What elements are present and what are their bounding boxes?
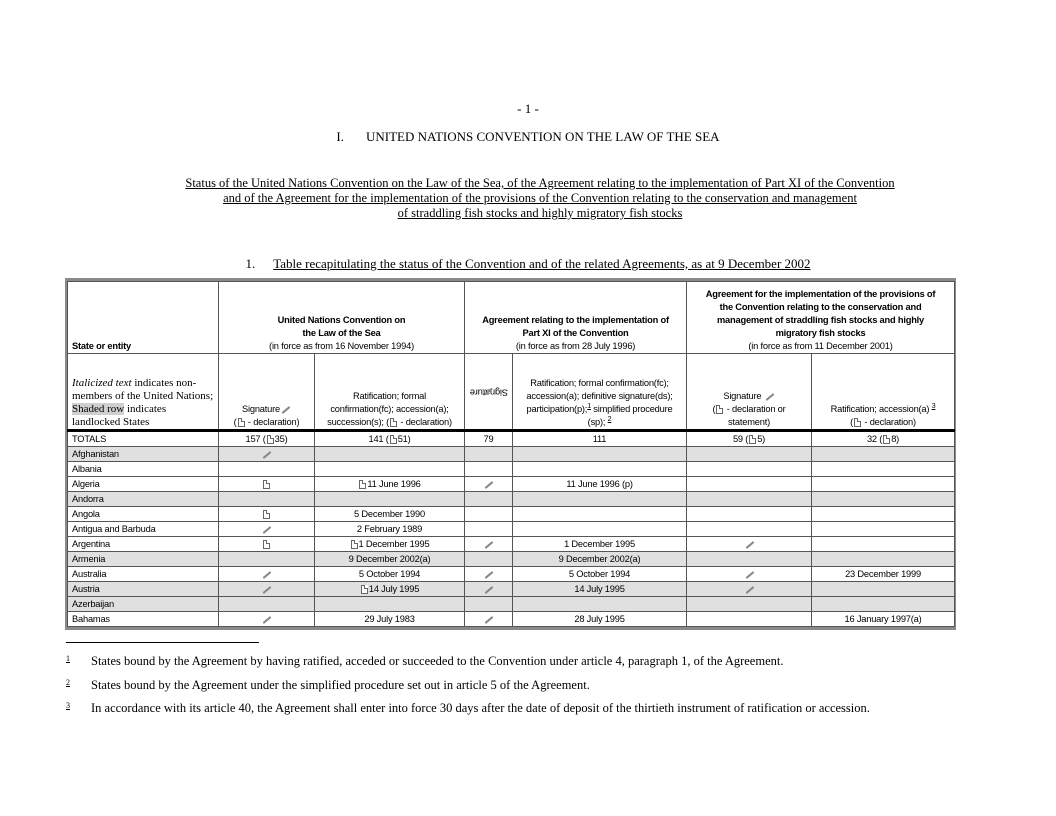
fish-ratification-cell	[812, 582, 955, 597]
footnote-text: States bound by the Agreement by having …	[91, 654, 783, 668]
document-icon	[749, 435, 756, 444]
footnote-text: States bound by the Agreement under the …	[91, 678, 590, 692]
document-icon	[267, 435, 274, 444]
page-number: - 1 -	[0, 101, 1056, 117]
table-row: Albania	[68, 462, 955, 477]
unclos-title-1: United Nations Convention on	[278, 315, 406, 325]
footnote-1: 1States bound by the Agreement by having…	[66, 654, 783, 669]
fish-signature-cell	[687, 477, 812, 492]
footnote-3: 3In accordance with its article 40, the …	[66, 701, 870, 716]
fish-rat-label: Ratification; accession(a)	[831, 404, 932, 414]
unclos-ratification-cell: 14 July 1995	[315, 582, 465, 597]
fish-title-4: migratory fish stocks	[776, 328, 866, 338]
fish-signature-l2: - declaration or	[724, 404, 785, 414]
fish-signature-cell	[687, 582, 812, 597]
document-icon	[351, 540, 358, 549]
ratification-date: 1 December 1995	[359, 539, 430, 549]
table-row: Bahamas29 July 198328 July 199516 Januar…	[68, 612, 955, 627]
part-xi-signature-cell	[465, 522, 513, 537]
table-row: Argentina1 December 19951 December 1995	[68, 537, 955, 552]
part-xi-signature-cell	[465, 552, 513, 567]
unclos-ratification-cell: 9 December 2002(a)	[315, 552, 465, 567]
part-xi-signature-header: Signature	[465, 354, 513, 431]
table-row: Andorra	[68, 492, 955, 507]
totals-unclos-sig: 157 (35)	[219, 431, 315, 447]
fish-title-2: the Convention relating to the conservat…	[720, 302, 922, 312]
document-icon	[883, 435, 890, 444]
table-row: Afghanistan	[68, 447, 955, 462]
totals-row: TOTALS 157 (35) 141 (51) 79 111 59 (5) 3…	[68, 431, 955, 447]
fish-in-force: (in force as from 11 December 2001)	[748, 341, 892, 351]
status-title-line-2: and of the Agreement for the implementat…	[223, 191, 857, 205]
header-part-xi: Agreement relating to the implementation…	[465, 282, 687, 354]
unclos-in-force: (in force as from 16 November 1994)	[269, 341, 414, 351]
totals-unclos-sig-decl: 35)	[275, 434, 288, 444]
fish-ratification-cell	[812, 537, 955, 552]
footnote-number: 1	[66, 654, 91, 663]
section-title-text: UNITED NATIONS CONVENTION ON THE LAW OF …	[366, 129, 720, 144]
status-table: State or entity United Nations Conventio…	[67, 281, 955, 627]
part-xi-ratification-cell	[513, 462, 687, 477]
totals-unclos-sig-count: 157 (	[245, 434, 265, 444]
table-row: Azerbaijan	[68, 597, 955, 612]
fish-ratification-cell	[812, 462, 955, 477]
unclos-ratification-cell	[315, 447, 465, 462]
totals-fish-rat-decl: 8)	[891, 434, 899, 444]
document-icon	[263, 540, 270, 549]
unclos-rat-l3b: - declaration)	[398, 417, 452, 427]
state-name: Australia	[68, 567, 219, 582]
part-xi-signature-cell	[465, 582, 513, 597]
table-caption-text: Table recapitulating the status of the C…	[273, 256, 810, 271]
part-xi-ratification-cell	[513, 507, 687, 522]
pen-icon	[744, 570, 755, 579]
state-name: Andorra	[68, 492, 219, 507]
part-xi-ratification-cell	[513, 492, 687, 507]
document-icon	[361, 585, 368, 594]
document-icon	[263, 480, 270, 489]
totals-fish-sig-count: 59 (	[733, 434, 748, 444]
part-xi-ratification-cell: 1 December 1995	[513, 537, 687, 552]
part-xi-ratification-cell	[513, 522, 687, 537]
part-xi-signature-cell	[465, 492, 513, 507]
unclos-rat-l3: succession(s); (	[327, 417, 389, 427]
footnote-2: 2States bound by the Agreement under the…	[66, 678, 590, 693]
pen-icon	[261, 585, 272, 594]
state-name: Azerbaijan	[68, 597, 219, 612]
pen-icon	[744, 585, 755, 594]
footnote-ref-3[interactable]: 3	[932, 403, 936, 410]
part-xi-rat-l3: participation(p);	[527, 404, 588, 414]
fish-ratification-cell	[812, 477, 955, 492]
document-icon	[263, 510, 270, 519]
part-xi-ratification-cell: 28 July 1995	[513, 612, 687, 627]
fish-ratification-header: Ratification; accession(a) 3 ( - declara…	[812, 354, 955, 431]
table-caption-number: 1.	[245, 256, 255, 271]
pen-icon	[744, 540, 755, 549]
table-row: Armenia9 December 2002(a)9 December 2002…	[68, 552, 955, 567]
unclos-ratification-cell	[315, 597, 465, 612]
document-icon	[390, 418, 397, 427]
unclos-ratification-cell: 5 October 1994	[315, 567, 465, 582]
state-name: Angola	[68, 507, 219, 522]
unclos-rat-l1: Ratification; formal	[353, 391, 426, 401]
ratification-date: 2 February 1989	[357, 524, 422, 534]
totals-fish-rat-count: 32 (	[867, 434, 882, 444]
document-icon	[238, 418, 245, 427]
totals-fish-rat: 32 (8)	[812, 431, 955, 447]
footnote-number: 3	[66, 701, 91, 710]
unclos-ratification-cell: 2 February 1989	[315, 522, 465, 537]
totals-unclos-rat-decl: 51)	[398, 434, 411, 444]
unclos-signature-cell	[219, 552, 315, 567]
ratification-date: 11 June 1996	[367, 479, 420, 489]
part-xi-rat-l1: Ratification; formal confirmation(fc);	[530, 378, 669, 388]
pen-icon	[483, 387, 494, 396]
state-name: Afghanistan	[68, 447, 219, 462]
part-xi-ratification-cell	[513, 447, 687, 462]
state-name: Argentina	[68, 537, 219, 552]
state-name: Bahamas	[68, 612, 219, 627]
table-row: Algeria11 June 199611 June 1996 (p)	[68, 477, 955, 492]
section-number: I.	[336, 129, 344, 144]
unclos-rat-l2: confirmation(fc); accession(a);	[330, 404, 448, 414]
part-xi-rat-l2: accession(a); definitive signature(ds);	[526, 391, 672, 401]
header-row: State or entity United Nations Conventio…	[68, 282, 955, 354]
pen-icon	[261, 570, 272, 579]
pen-icon	[483, 480, 494, 489]
footnote-ref-2[interactable]: 2	[608, 416, 612, 423]
unclos-signature-note: - declaration)	[246, 417, 300, 427]
part-xi-signature-cell	[465, 477, 513, 492]
table-caption: 1.Table recapitulating the status of the…	[0, 256, 1056, 272]
status-table-frame: State or entity United Nations Conventio…	[65, 278, 956, 630]
fish-title-1: Agreement for the implementation of the …	[706, 289, 936, 299]
table-row: Antigua and Barbuda2 February 1989	[68, 522, 955, 537]
document-icon	[359, 480, 366, 489]
part-xi-signature-cell	[465, 462, 513, 477]
part-xi-rat-l4: (sp);	[588, 417, 608, 427]
fish-ratification-cell	[812, 507, 955, 522]
section-title: I.UNITED NATIONS CONVENTION ON THE LAW O…	[0, 129, 1056, 145]
part-xi-ratification-cell	[513, 597, 687, 612]
state-name: Albania	[68, 462, 219, 477]
fish-signature-cell	[687, 597, 812, 612]
status-title-line-1: Status of the United Nations Convention …	[185, 176, 894, 190]
table-row: Austria14 July 199514 July 1995	[68, 582, 955, 597]
part-xi-signature-cell	[465, 567, 513, 582]
fish-signature-cell	[687, 522, 812, 537]
unclos-signature-cell	[219, 477, 315, 492]
pen-icon	[261, 450, 272, 459]
fish-signature-label: Signature	[723, 391, 763, 401]
part-xi-ratification-cell: 9 December 2002(a)	[513, 552, 687, 567]
state-name: Antigua and Barbuda	[68, 522, 219, 537]
fish-ratification-cell	[812, 492, 955, 507]
totals-unclos-rat: 141 (51)	[315, 431, 465, 447]
ratification-date: 5 October 1994	[359, 569, 420, 579]
pen-icon	[483, 570, 494, 579]
fish-signature-cell	[687, 537, 812, 552]
fish-signature-cell	[687, 462, 812, 477]
fish-title-3: management of straddling fish stocks and…	[717, 315, 924, 325]
pen-icon	[280, 405, 291, 414]
unclos-ratification-cell	[315, 492, 465, 507]
fish-ratification-cell: 16 January 1997(a)	[812, 612, 955, 627]
unclos-signature-cell	[219, 462, 315, 477]
state-name: Armenia	[68, 552, 219, 567]
totals-part-xi-rat: 111	[513, 431, 687, 447]
footnote-text: In accordance with its article 40, the A…	[91, 701, 870, 715]
footnote-separator	[66, 642, 259, 643]
unclos-ratification-cell	[315, 462, 465, 477]
legend-italic: Italicized text	[72, 377, 132, 389]
totals-part-xi-sig: 79	[465, 431, 513, 447]
header-state: State or entity	[68, 282, 219, 354]
part-xi-title-2: Part XI of the Convention	[522, 328, 628, 338]
part-xi-ratification-header: Ratification; formal confirmation(fc); a…	[513, 354, 687, 431]
legend-shaded: Shaded row	[72, 403, 124, 415]
unclos-signature-cell	[219, 537, 315, 552]
unclos-signature-cell	[219, 507, 315, 522]
part-xi-ratification-cell: 14 July 1995	[513, 582, 687, 597]
pen-icon	[261, 525, 272, 534]
unclos-ratification-cell: 29 July 1983	[315, 612, 465, 627]
unclos-signature-cell	[219, 612, 315, 627]
unclos-title-2: the Law of the Sea	[302, 328, 380, 338]
part-xi-title-1: Agreement relating to the implementation…	[482, 315, 669, 325]
unclos-signature-header: Signature ( - declaration)	[219, 354, 315, 431]
fish-signature-cell	[687, 567, 812, 582]
unclos-signature-cell	[219, 597, 315, 612]
status-title-line-3: of straddling fish stocks and highly mig…	[398, 206, 683, 220]
document-icon	[390, 435, 397, 444]
fish-ratification-cell	[812, 552, 955, 567]
footnote-number: 2	[66, 678, 91, 687]
unclos-signature-cell	[219, 582, 315, 597]
fish-ratification-cell	[812, 522, 955, 537]
state-rows: AfghanistanAlbaniaAlgeria11 June 199611 …	[68, 447, 955, 627]
pen-icon	[483, 540, 494, 549]
ratification-date: 29 July 1983	[364, 614, 414, 624]
table-row: Australia5 October 19945 October 199423 …	[68, 567, 955, 582]
ratification-date: 14 July 1995	[369, 584, 419, 594]
fish-rat-l2: - declaration)	[862, 417, 916, 427]
totals-fish-sig-decl: 5)	[757, 434, 765, 444]
unclos-signature-cell	[219, 492, 315, 507]
fish-signature-cell	[687, 447, 812, 462]
unclos-signature-cell	[219, 447, 315, 462]
fish-signature-cell	[687, 492, 812, 507]
unclos-signature-cell	[219, 567, 315, 582]
part-xi-in-force: (in force as from 28 July 1996)	[516, 341, 635, 351]
fish-signature-cell	[687, 612, 812, 627]
fish-signature-cell	[687, 507, 812, 522]
pen-icon	[261, 615, 272, 624]
table-row: Angola5 December 1990	[68, 507, 955, 522]
part-xi-signature-cell	[465, 507, 513, 522]
fish-ratification-cell: 23 December 1999	[812, 567, 955, 582]
fish-ratification-cell	[812, 447, 955, 462]
part-xi-signature-cell	[465, 612, 513, 627]
state-name: Austria	[68, 582, 219, 597]
fish-signature-l3: statement)	[728, 417, 770, 427]
totals-unclos-rat-count: 141 (	[368, 434, 388, 444]
fish-signature-cell	[687, 552, 812, 567]
header-unclos: United Nations Convention on the Law of …	[219, 282, 465, 354]
header-fish-stocks: Agreement for the implementation of the …	[687, 282, 955, 354]
document-icon	[854, 418, 861, 427]
state-name: Algeria	[68, 477, 219, 492]
document-icon	[716, 405, 723, 414]
pen-icon	[483, 585, 494, 594]
fish-ratification-cell	[812, 597, 955, 612]
unclos-signature-cell	[219, 522, 315, 537]
part-xi-signature-cell	[465, 537, 513, 552]
part-xi-ratification-cell: 11 June 1996 (p)	[513, 477, 687, 492]
unclos-signature-label: Signature	[242, 404, 280, 414]
pen-icon	[764, 392, 775, 401]
unclos-ratification-cell: 1 December 1995	[315, 537, 465, 552]
part-xi-ratification-cell: 5 October 1994	[513, 567, 687, 582]
pen-icon	[483, 615, 494, 624]
fish-signature-header: Signature ( - declaration or statement)	[687, 354, 812, 431]
ratification-date: 9 December 2002(a)	[349, 554, 431, 564]
unclos-ratification-cell: 11 June 1996	[315, 477, 465, 492]
totals-fish-sig: 59 (5)	[687, 431, 812, 447]
part-xi-rat-l3b: simplified procedure	[591, 404, 673, 414]
totals-label: TOTALS	[68, 431, 219, 447]
header-state-label: State or entity	[72, 341, 131, 351]
part-xi-signature-cell	[465, 597, 513, 612]
status-title: Status of the United Nations Convention …	[100, 176, 980, 221]
part-xi-signature-cell	[465, 447, 513, 462]
subheader-row: Italicized text indicates non-members of…	[68, 354, 955, 431]
legend-cell: Italicized text indicates non-members of…	[68, 354, 219, 431]
unclos-ratification-cell: 5 December 1990	[315, 507, 465, 522]
unclos-ratification-header: Ratification; formal confirmation(fc); a…	[315, 354, 465, 431]
ratification-date: 5 December 1990	[354, 509, 425, 519]
